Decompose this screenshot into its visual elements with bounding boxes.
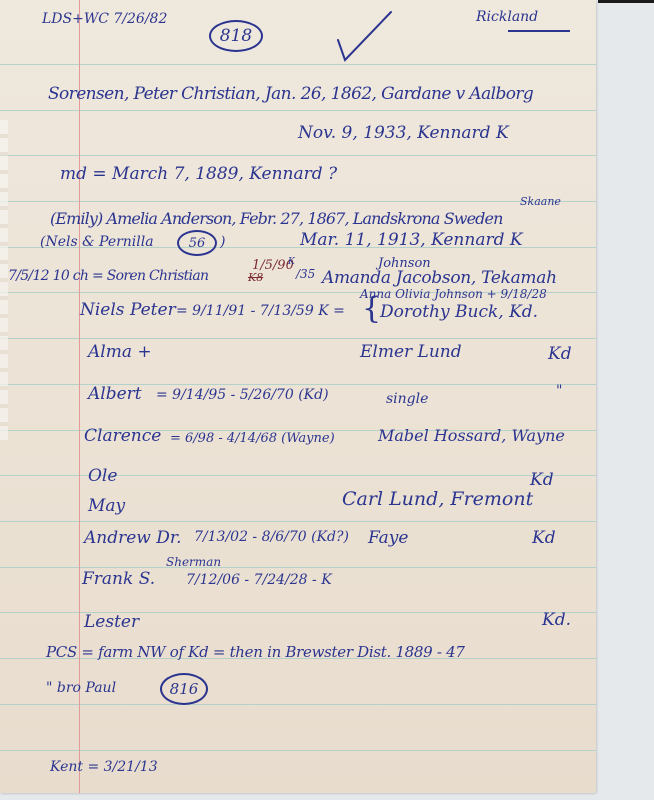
child-name: Niels Peter bbox=[80, 302, 176, 319]
spouse-birth-superscript: Skaane bbox=[520, 196, 561, 207]
child-residence: Kd bbox=[530, 472, 554, 489]
child-spouse-brace: { bbox=[362, 294, 381, 324]
record-number: 818 bbox=[220, 28, 252, 45]
children-header-after-red: /35 bbox=[296, 268, 315, 280]
children-header-prefix: 7/5/12 10 ch = Soren Christian bbox=[8, 269, 208, 283]
rule-line bbox=[0, 567, 596, 568]
children-header-spouse: Amanda Jacobson, Tekamah bbox=[322, 270, 557, 287]
child-spouse-superscript: Anna Olivia Johnson + 9/18/28 bbox=[360, 288, 547, 300]
child-name: Ole bbox=[88, 468, 117, 485]
location-label: Rickland bbox=[476, 10, 538, 24]
rule-line bbox=[0, 704, 596, 705]
rule-line bbox=[0, 155, 596, 156]
rule-line bbox=[0, 338, 596, 339]
record-card: LDS+WC 7/26/82 818 Rickland Sorensen, Pe… bbox=[0, 0, 596, 793]
child-name: May bbox=[88, 498, 125, 515]
child-residence: " bbox=[556, 384, 562, 398]
children-header-superscript-k: K bbox=[288, 258, 295, 267]
torn-binding-edge bbox=[0, 120, 8, 440]
spouse-birth: (Emily) Amelia Anderson, Febr. 27, 1867,… bbox=[50, 211, 502, 227]
location-underline bbox=[508, 30, 570, 32]
child-dates: = 9/14/95 - 5/26/70 (Kd) bbox=[156, 388, 329, 402]
rule-line bbox=[0, 201, 596, 202]
spouse-death: Mar. 11, 1913, Kennard K bbox=[300, 232, 523, 249]
child-name: Frank S. bbox=[82, 571, 155, 588]
margin-line bbox=[79, 0, 80, 793]
child-residence: Kd bbox=[532, 530, 556, 547]
spouse-parents-suffix: ) bbox=[220, 235, 225, 249]
subject-name-birth: Sorensen, Peter Christian, Jan. 26, 1862… bbox=[48, 86, 533, 103]
brother-note-prefix: " bro Paul bbox=[46, 681, 116, 695]
child-name-superscript: Sherman bbox=[166, 556, 221, 568]
spouse-parents-prefix: (Nels & Pernilla bbox=[40, 235, 154, 249]
child-dates: 7/13/02 - 8/6/70 (Kd?) bbox=[194, 530, 349, 544]
footer-note: Kent = 3/21/13 bbox=[50, 760, 158, 774]
child-dates: = 9/11/91 - 7/13/59 K = bbox=[176, 304, 345, 318]
child-residence: Kd. bbox=[542, 612, 571, 629]
children-header-red-struck: K8 bbox=[248, 272, 263, 283]
child-spouse: Dorothy Buck, Kd. bbox=[380, 304, 538, 321]
child-name: Lester bbox=[84, 614, 139, 631]
child-residence: Kd bbox=[548, 346, 572, 363]
brother-ref: 816 bbox=[170, 682, 199, 697]
scanner-edge-strip bbox=[598, 0, 654, 3]
marriage-date: md = March 7, 1889, Kennard ? bbox=[60, 166, 337, 183]
source-note: LDS+WC 7/26/82 bbox=[42, 12, 167, 26]
child-spouse: single bbox=[386, 392, 428, 406]
child-name: Andrew Dr. bbox=[84, 530, 182, 547]
rule-line bbox=[0, 110, 596, 111]
child-name: Clarence bbox=[84, 428, 161, 445]
rule-line bbox=[0, 750, 596, 751]
farm-note: PCS = farm NW of Kd = then in Brewster D… bbox=[46, 645, 465, 660]
rule-line bbox=[0, 521, 596, 522]
child-dates: = 6/98 - 4/14/68 (Wayne) bbox=[170, 432, 335, 445]
rule-line bbox=[0, 64, 596, 65]
child-spouse: Carl Lund, Fremont bbox=[342, 490, 533, 509]
child-name: Albert bbox=[88, 386, 142, 403]
subject-death: Nov. 9, 1933, Kennard K bbox=[298, 125, 509, 142]
child-name: Alma + bbox=[88, 344, 152, 361]
child-dates: 7/12/06 - 7/24/28 - K bbox=[186, 573, 332, 587]
spouse-parents-ref-circle: 56 bbox=[177, 230, 217, 256]
child-spouse: Elmer Lund bbox=[360, 344, 462, 361]
brother-ref-circle: 816 bbox=[160, 673, 208, 705]
child-spouse: Mabel Hossard, Wayne bbox=[378, 428, 565, 444]
spouse-parents-ref: 56 bbox=[189, 237, 206, 250]
check-mark-icon bbox=[335, 10, 395, 68]
record-number-circle: 818 bbox=[209, 20, 263, 52]
child-spouse: Faye bbox=[368, 530, 408, 547]
